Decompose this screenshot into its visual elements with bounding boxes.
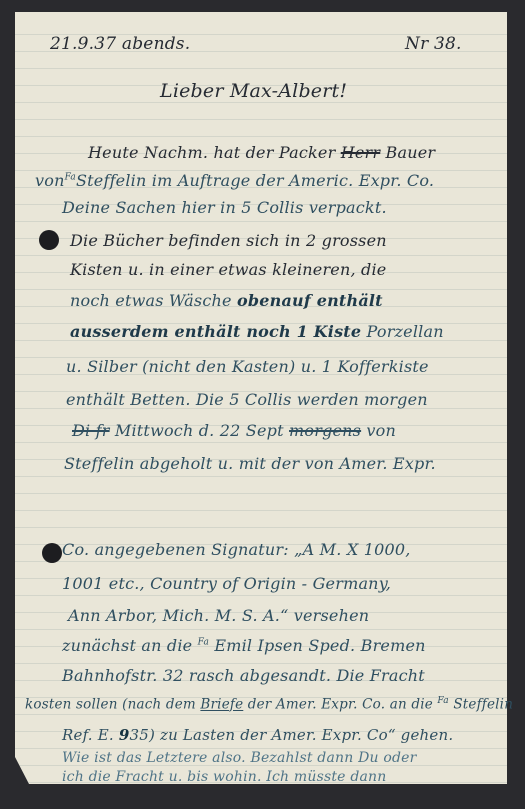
body-line-3: Deine Sachen hier in 5 Collis verpackt.	[62, 200, 387, 216]
underlined-word: Briefe	[200, 697, 243, 713]
body-line-11: Steffelin abgeholt u. mit der von Amer. …	[64, 456, 436, 472]
body-line-15: zunächst an die Fa Emil Ipsen Sped. Brem…	[62, 638, 426, 654]
body-text: Mittwoch d. 22 Sept	[115, 421, 284, 440]
body-text: 35) zu Lasten der Amer. Expr. Co“ gehen.	[129, 726, 453, 744]
body-line-13: 1001 etc., Country of Origin - Germany,	[62, 576, 391, 592]
body-line-8: u. Silber (nicht den Kasten) u. 1 Koffer…	[66, 359, 429, 375]
body-line-6: noch etwas Wäsche obenauf enthält	[70, 293, 383, 309]
body-line-17: kosten sollen (nach dem Briefe der Amer.…	[25, 697, 513, 712]
body-line-18: Ref. E. 935) zu Lasten der Amer. Expr. C…	[62, 728, 453, 743]
body-text: von	[366, 421, 396, 440]
punch-hole-top	[39, 230, 59, 250]
body-text: von	[35, 171, 65, 190]
body-text: Steffelin im Auftrage der Americ. Expr. …	[76, 171, 434, 190]
inserted-text: ausserdem enthält noch 1 Kiste	[70, 322, 361, 341]
body-text: Emil Ipsen Sped. Bremen	[214, 636, 425, 655]
body-line-4: Die Bücher befinden sich in 2 grossen	[70, 233, 387, 249]
body-line-12: Co. angegebenen Signatur: „A M. X 1000,	[62, 542, 411, 558]
punch-hole-bottom	[42, 543, 62, 563]
firm-abbrev: Fa	[437, 696, 448, 706]
body-text: Bauer	[380, 143, 435, 162]
letter-greeting: Lieber Max-Albert!	[160, 82, 347, 101]
body-text: Steffelin	[453, 697, 513, 713]
struck-word: Di fr	[72, 421, 110, 440]
firm-abbrev: Fa	[65, 173, 76, 183]
inserted-text: obenauf enthält	[237, 291, 383, 310]
body-text: Ref. E.	[62, 726, 114, 744]
body-line-14: Ann Arbor, Mich. M. S. A.“ versehen	[68, 608, 369, 624]
letter-number: Nr 38.	[405, 36, 462, 53]
body-text: kosten sollen (nach dem	[25, 697, 196, 713]
letter-date: 21.9.37 abends.	[50, 36, 190, 53]
body-line-5: Kisten u. in einer etwas kleineren, die	[70, 262, 386, 278]
overwritten-digit: 9	[119, 726, 130, 744]
body-line-7: ausserdem enthält noch 1 Kiste Porzellan	[70, 324, 444, 340]
body-line-1: Heute Nachm. hat der Packer Herr Bauer	[88, 145, 435, 161]
body-text: noch etwas Wäsche	[70, 291, 232, 310]
body-line-16: Bahnhofstr. 32 rasch abgesandt. Die Frac…	[62, 668, 425, 684]
struck-word: Herr	[341, 143, 381, 162]
body-text: Heute Nachm. hat der Packer	[88, 143, 341, 162]
body-text: der Amer. Expr. Co. an die	[248, 697, 433, 713]
body-line-20: ich die Fracht u. bis wohin. Ich müsste …	[62, 770, 386, 784]
body-line-19: Wie ist das Letztere also. Bezahlst dann…	[62, 751, 417, 765]
body-text: zunächst an die	[62, 636, 192, 655]
firm-abbrev: Fa	[198, 638, 209, 648]
body-line-2: vonFaSteffelin im Auftrage der Americ. E…	[35, 173, 434, 189]
body-line-9: enthält Betten. Die 5 Collis werden morg…	[66, 392, 428, 408]
body-line-10: Di fr Mittwoch d. 22 Sept morgens von	[72, 423, 396, 439]
body-text: Porzellan	[367, 322, 444, 341]
struck-word: morgens	[289, 421, 361, 440]
